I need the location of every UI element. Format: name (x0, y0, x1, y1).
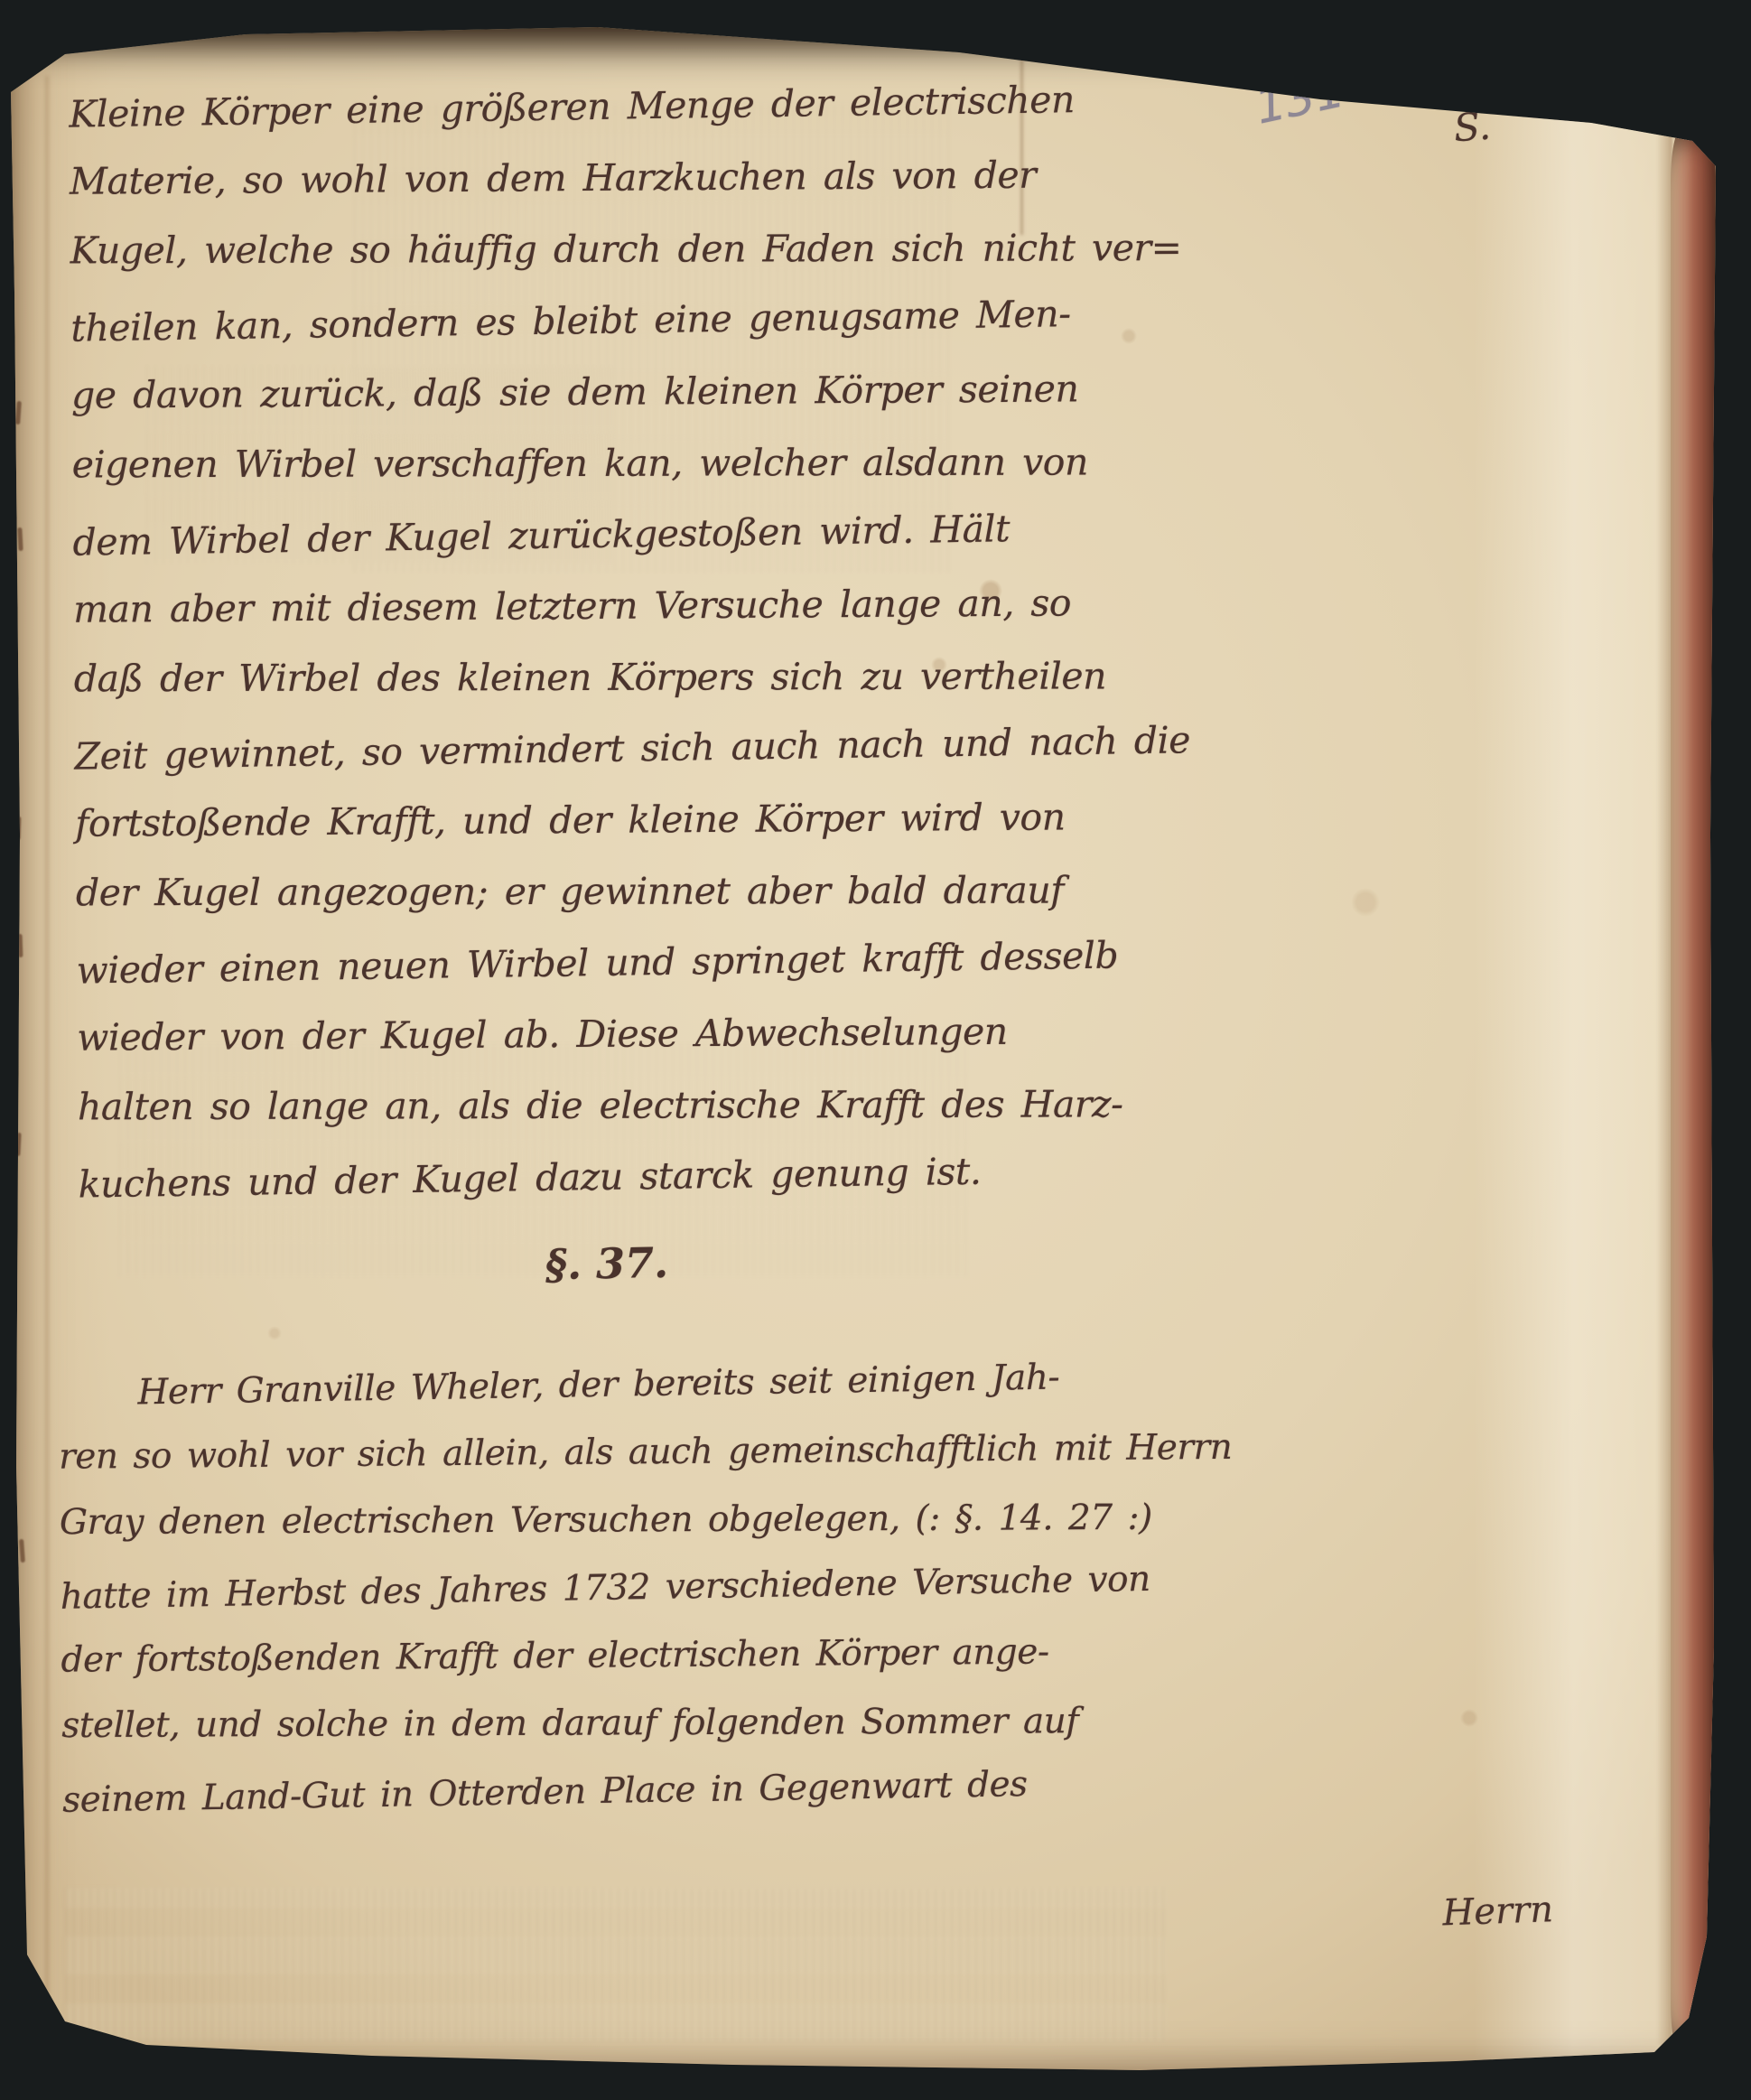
red-edge-speck (56, 2039, 79, 2051)
corner-page-number: 84. (1604, 12, 1684, 79)
manuscript-scan: Kleine Körper eine größeren Menge der el… (0, 0, 1751, 2100)
manuscript-page: Kleine Körper eine größeren Menge der el… (11, 22, 1716, 2074)
page-shadow-overlay (11, 22, 1716, 2074)
